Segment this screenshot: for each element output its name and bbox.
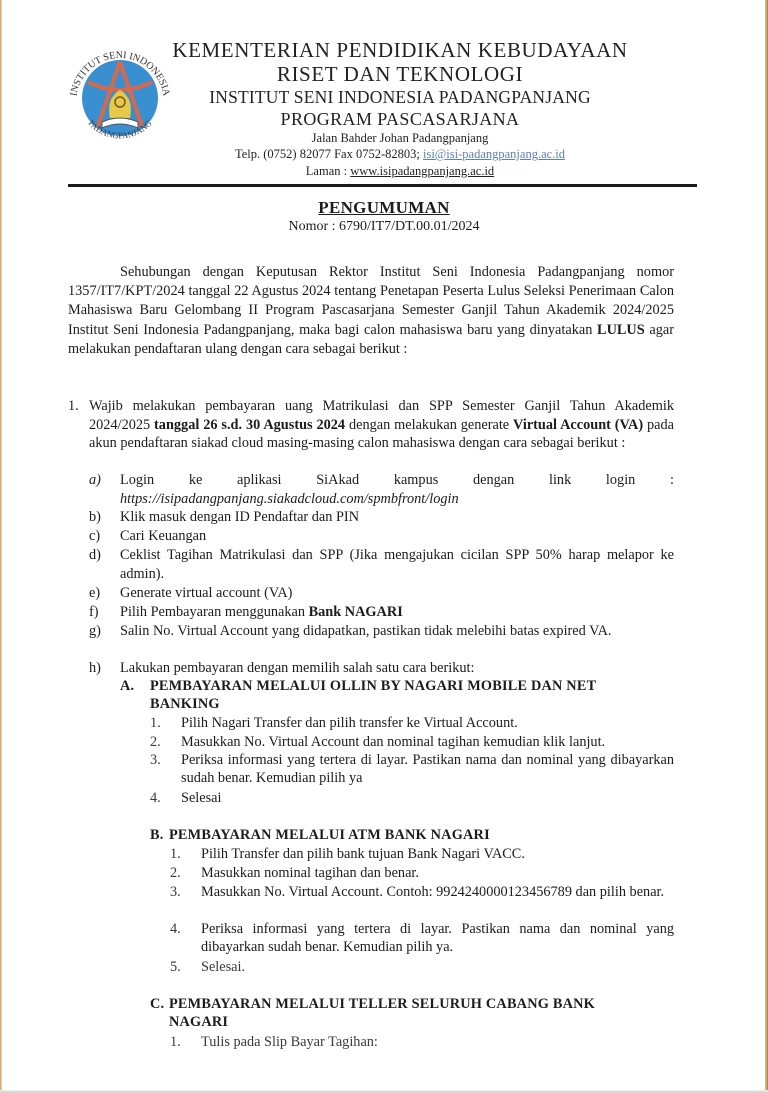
step-a: a) Login ke aplikasi SiAkad kampus denga… <box>89 471 674 508</box>
phone-fax: Telp. (0752) 82077 Fax 0752-82803; <box>235 147 423 161</box>
step-text: Masukkan No. Virtual Account dan nominal… <box>181 733 674 751</box>
step-text: Pilih Nagari Transfer dan pilih transfer… <box>181 714 674 732</box>
institution-logo-icon: INSTITUT SENI INDONESIA PADANGPANJANG <box>62 40 178 156</box>
siakad-login-link[interactable]: https://isipadangpanjang.siakadcloud.com… <box>120 490 674 509</box>
step-number: 2. <box>170 864 181 882</box>
step-text: Klik masuk dengan ID Pendaftar dan PIN <box>120 508 674 527</box>
section-title: PEMBAYARAN MELALUI OLLIN BY NAGARI MOBIL… <box>150 677 640 713</box>
payment-b-step-3: 3. Masukkan No. Virtual Account. Contoh:… <box>170 883 674 901</box>
contact-line: Telp. (0752) 82077 Fax 0752-82803; isi@i… <box>170 146 630 163</box>
ministry-line2: RISET DAN TEKNOLOGI <box>170 63 630 86</box>
payment-c-step-1: 1. Tulis pada Slip Bayar Tagihan: <box>170 1033 674 1051</box>
step-number: 4. <box>150 789 161 807</box>
payment-a-step-2: 2. Masukkan No. Virtual Account dan nomi… <box>150 733 674 751</box>
step-b: b) Klik masuk dengan ID Pendaftar dan PI… <box>89 508 674 527</box>
step-number: 2. <box>150 733 161 751</box>
step-text: Salin No. Virtual Account yang didapatka… <box>120 622 674 641</box>
step-label: d) <box>89 546 115 565</box>
payment-method-b: B. PEMBAYARAN MELALUI ATM BANK NAGARI <box>150 826 670 844</box>
intro-bold-lulus: LULUS <box>597 322 645 338</box>
item1-date-range: tanggal 26 s.d. 30 Agustus 2024 <box>154 417 345 433</box>
step-number: 3. <box>150 751 161 769</box>
announcement-title: PENGUMUMAN <box>0 198 768 218</box>
website-line: Laman : www.isipadangpanjang.ac.id <box>170 163 630 179</box>
step-label: h) <box>89 659 115 678</box>
website-link[interactable]: www.isipadangpanjang.ac.id <box>350 164 494 178</box>
step-text: Generate virtual account (VA) <box>120 584 674 603</box>
step-text: Periksa informasi yang tertera di layar.… <box>201 920 674 957</box>
intro-paragraph: Sehubungan dengan Keputusan Rektor Insti… <box>68 263 674 359</box>
step-label: e) <box>89 584 115 603</box>
step-d: d) Ceklist Tagihan Matrikulasi dan SPP (… <box>89 546 674 583</box>
step-number: 3. <box>170 883 181 901</box>
step-text: Pilih Transfer dan pilih bank tujuan Ban… <box>201 845 674 863</box>
website-label: Laman : <box>306 164 350 178</box>
step-text: Lakukan pembayaran dengan memilih salah … <box>120 659 674 678</box>
item1-text-2: dengan melakukan generate <box>345 417 513 433</box>
email-link[interactable]: isi@isi-padangpanjang.ac.id <box>423 147 565 161</box>
section-label: C. <box>150 995 164 1013</box>
letterhead-divider <box>68 184 697 187</box>
program-name: PROGRAM PASCASARJANA <box>170 108 630 130</box>
instruction-item-1: 1. Wajib melakukan pembayaran uang Matri… <box>68 397 674 453</box>
step-text: Pilih Pembayaran menggunakan Bank NAGARI <box>120 603 674 622</box>
step-text: Selesai. <box>201 958 674 976</box>
step-c: c) Cari Keuangan <box>89 527 674 546</box>
step-f-text: Pilih Pembayaran menggunakan <box>120 604 309 620</box>
step-g: g) Salin No. Virtual Account yang didapa… <box>89 622 674 641</box>
section-title: PEMBAYARAN MELALUI TELLER SELURUH CABANG… <box>169 995 630 1031</box>
bank-nagari-bold: Bank NAGARI <box>309 604 403 620</box>
item1-va: Virtual Account (VA) <box>513 417 643 433</box>
step-label: a) <box>89 471 115 490</box>
step-text: Tulis pada Slip Bayar Tagihan: <box>201 1033 674 1051</box>
announcement-number: Nomor : 6790/IT7/DT.00.01/2024 <box>0 218 768 236</box>
step-label: b) <box>89 508 115 527</box>
payment-b-step-5: 5. Selesai. <box>170 958 674 976</box>
step-a-text: Login ke aplikasi SiAkad kampus dengan l… <box>120 471 674 490</box>
payment-a-step-4: 4. Selesai <box>150 789 674 807</box>
payment-method-c: C. PEMBAYARAN MELALUI TELLER SELURUH CAB… <box>150 995 630 1031</box>
step-number: 1. <box>170 845 181 863</box>
step-label: c) <box>89 527 115 546</box>
payment-a-step-3: 3. Periksa informasi yang tertera di lay… <box>150 751 674 788</box>
step-text: Login ke aplikasi SiAkad kampus dengan l… <box>120 471 674 508</box>
step-e: e) Generate virtual account (VA) <box>89 584 674 603</box>
payment-b-step-2: 2. Masukkan nominal tagihan dan benar. <box>170 864 674 882</box>
ministry-line1: KEMENTERIAN PENDIDIKAN KEBUDAYAAN <box>170 38 630 63</box>
payment-b-step-4: 4. Periksa informasi yang tertera di lay… <box>170 920 674 957</box>
letterhead: KEMENTERIAN PENDIDIKAN KEBUDAYAAN RISET … <box>170 38 630 179</box>
page-edge-left <box>0 0 2 1093</box>
step-number: 1. <box>170 1033 181 1051</box>
announcement-header: PENGUMUMAN Nomor : 6790/IT7/DT.00.01/202… <box>0 198 768 236</box>
payment-method-a: A. PEMBAYARAN MELALUI OLLIN BY NAGARI MO… <box>120 677 640 713</box>
step-h: h) Lakukan pembayaran dengan memilih sal… <box>89 659 674 678</box>
step-number: 5. <box>170 958 181 976</box>
step-text: Ceklist Tagihan Matrikulasi dan SPP (Jik… <box>120 546 674 583</box>
step-label: g) <box>89 622 115 641</box>
section-title: PEMBAYARAN MELALUI ATM BANK NAGARI <box>169 826 670 844</box>
step-text: Masukkan No. Virtual Account. Contoh: 99… <box>201 883 674 901</box>
step-label: f) <box>89 603 115 622</box>
step-text: Selesai <box>181 789 674 807</box>
step-text: Masukkan nominal tagihan dan benar. <box>201 864 674 882</box>
step-f: f) Pilih Pembayaran menggunakan Bank NAG… <box>89 603 674 622</box>
payment-b-step-1: 1. Pilih Transfer dan pilih bank tujuan … <box>170 845 674 863</box>
section-label: B. <box>150 826 164 844</box>
item-number: 1. <box>68 397 79 416</box>
step-number: 4. <box>170 920 181 938</box>
step-text: Periksa informasi yang tertera di layar.… <box>181 751 674 788</box>
payment-a-step-1: 1. Pilih Nagari Transfer dan pilih trans… <box>150 714 674 732</box>
step-number: 1. <box>150 714 161 732</box>
step-text: Cari Keuangan <box>120 527 674 546</box>
section-label: A. <box>120 677 134 695</box>
institution-name: INSTITUT SENI INDONESIA PADANGPANJANG <box>170 86 630 108</box>
item-text: Wajib melakukan pembayaran uang Matrikul… <box>89 397 674 453</box>
intro-text-1: Sehubungan dengan Keputusan Rektor Insti… <box>68 264 674 338</box>
address: Jalan Bahder Johan Padangpanjang <box>170 130 630 146</box>
